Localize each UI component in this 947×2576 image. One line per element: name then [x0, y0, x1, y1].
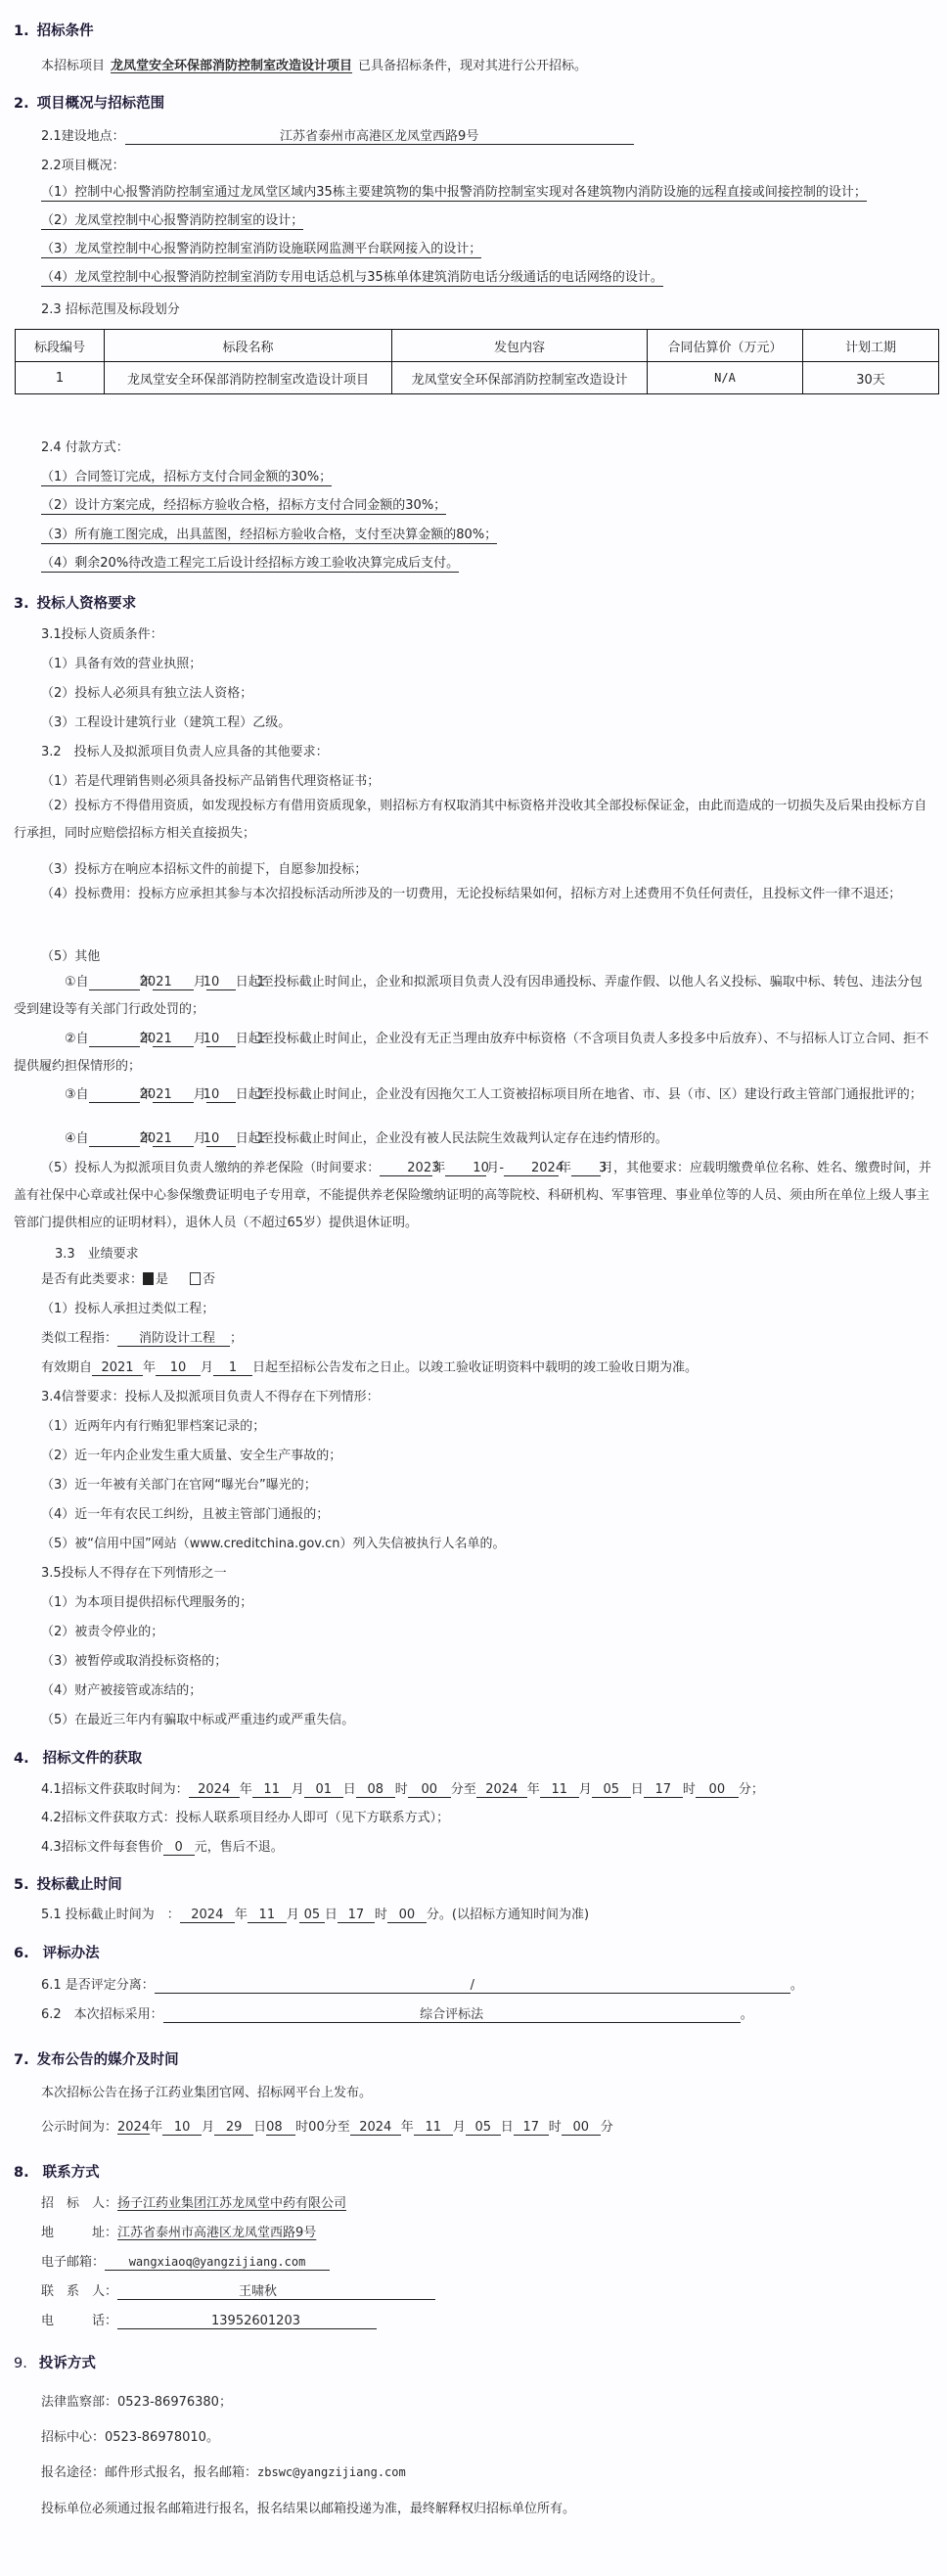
table-cell: 1: [16, 362, 105, 394]
publication-media: 本次招标公告在扬子江药业集团官网、招标网平台上发布。: [41, 2082, 372, 2100]
exclude-label: 3.5投标人不得存在下列情形之一: [41, 1562, 227, 1581]
credit-item: （5）被“信用中国”网站（www.creditchina.gov.cn）列入失信…: [41, 1533, 506, 1551]
section-2-heading: 2.项目概况与招标范围: [14, 92, 164, 113]
performance-item: （1）投标人承担过类似工程；: [41, 1298, 214, 1316]
table-header: 发包内容: [392, 330, 648, 362]
tender-center-phone: 招标中心：0523-86978010。: [41, 2426, 219, 2445]
section-8-heading: 8.联系方式: [14, 2161, 100, 2182]
contact-email: 电子邮箱：wangxiaoq@yangzijiang.com: [41, 2251, 330, 2271]
doc-price: 4.3招标文件每套售价0元，售后不退。: [41, 1836, 284, 1856]
contact-person: 联 系 人：王啸秋: [41, 2280, 435, 2300]
section-3-heading: 3.投标人资格要求: [14, 592, 136, 613]
evaluation-method: 6.2 本次招标采用：综合评标法。: [41, 2003, 753, 2023]
sub-item: ④自2021年10月1日起至投标截止时间止，企业没有被人民法院生效裁判认定存在违…: [14, 1126, 933, 1153]
credit-item: （2）近一年内企业发生重大质量、安全生产事故的；: [41, 1445, 341, 1463]
other-item: （2）投标方不得借用资质，如发现投标方有借用资质现象，则招标方有权取消其中标资格…: [14, 793, 933, 848]
scope-label: 2.3 招标范围及标段划分: [41, 299, 180, 317]
qualification-item: （2）投标人必须具有独立法人资格；: [41, 682, 252, 701]
doc-acquisition-method: 4.2招标文件获取方式：投标人联系项目经办人即可（见下方联系方式）；: [41, 1807, 449, 1825]
section-6-heading: 6.评标办法: [14, 1942, 100, 1962]
location-value: 江苏省泰州市高港区龙凤堂西路9号: [125, 129, 634, 145]
exclude-item: （2）被责令停业的；: [41, 1621, 163, 1639]
publication-time: 公示时间为：2024年10月29日08时00分至2024年11月05日17时00…: [41, 2116, 613, 2136]
project-name: 龙凤堂安全环保部消防控制室改造设计项目: [105, 59, 358, 73]
other-item: （5）其他: [41, 945, 100, 964]
valid-period: 有效期自2021年10月1日起至招标公告发布之日止。以竣工验收证明资料中载明的竣…: [41, 1357, 698, 1376]
overview-item: （4）龙凤堂控制中心报警消防控制室消防专用电话总机与35栋单体建筑消防电话分级通…: [41, 266, 663, 287]
credit-label: 3.4信誉要求：投标人及拟派项目负责人不得存在下列情形：: [41, 1386, 380, 1404]
section-4-heading: 4.招标文件的获取: [14, 1747, 142, 1768]
overview-label: 2.2项目概况：: [41, 155, 125, 173]
sub-item: ①自2021年10月1日起至投标截止时间止，企业和拟派项目负责人没有因串通投标、…: [14, 969, 933, 1024]
section-1-heading: 1.招标条件: [14, 20, 94, 40]
section-5-heading: 5.投标截止时间: [14, 1873, 122, 1894]
table-cell: 30天: [803, 362, 939, 394]
table-header: 标段名称: [105, 330, 392, 362]
qualification-item: （3）工程设计建筑行业（建筑工程）乙级。: [41, 712, 291, 730]
table-cell: 龙凤堂安全环保部消防控制室改造设计项目: [105, 362, 392, 394]
address: 地 址：江苏省泰州市高港区龙凤堂西路9号: [41, 2222, 316, 2240]
credit-item: （1）近两年内有行贿犯罪档案记录的；: [41, 1415, 265, 1434]
exclude-item: （1）为本项目提供招标代理服务的；: [41, 1591, 252, 1610]
sub-item: ③自2021年10月1日起至投标截止时间止，企业没有因拖欠工人工资被招标项目所在…: [14, 1081, 933, 1109]
payment-item: （3）所有施工图完成，出具蓝图，经招标方验收合格，支付至决算金额的80%；: [41, 524, 497, 544]
performance-question: 是否有此类要求：是否: [41, 1268, 215, 1287]
performance-label: 3.3 业绩要求: [55, 1243, 139, 1262]
bid-deadline: 5.1 投标截止时间为 ：2024年11月05日17时00分。(以招标方通知时间…: [41, 1904, 589, 1923]
payment-item: （2）设计方案完成，经招标方验收合格，招标方支付合同金额的30%；: [41, 494, 446, 515]
checkbox-yes-checked-icon[interactable]: [143, 1272, 154, 1285]
contact-email-link[interactable]: wangxiaoq@yangzijiang.com: [105, 2255, 330, 2271]
similar-project: 类似工程指：消防设计工程；: [41, 1327, 243, 1347]
payment-item: （4）剩余20%待改造工程完工后设计经招标方竣工验收决算完成后支付。: [41, 552, 459, 573]
table-header: 计划工期: [803, 330, 939, 362]
table-header: 标段编号: [16, 330, 105, 362]
table-row: 1 龙凤堂安全环保部消防控制室改造设计项目 龙凤堂安全环保部消防控制室改造设计 …: [16, 362, 939, 394]
overview-item: （3）龙凤堂控制中心报警消防控制室消防设施联网监测平台联网接入的设计；: [41, 238, 481, 258]
qualification-label: 3.1投标人资质条件：: [41, 623, 163, 642]
doc-acquisition-time: 4.1招标文件获取时间为：2024年11月01日08时00分至2024年11月0…: [41, 1778, 764, 1798]
signup-note: 投标单位必须通过报名邮箱进行报名，报名结果以邮箱投递为准，最终解释权归招标单位所…: [41, 2498, 575, 2516]
table-header: 合同估算价（万元）: [648, 330, 803, 362]
payment-item: （1）合同签订完成，招标方支付合同金额的30%；: [41, 466, 332, 486]
bid-section-table: 标段编号 标段名称 发包内容 合同估算价（万元） 计划工期 1 龙凤堂安全环保部…: [15, 329, 939, 394]
signup-method: 报名途径：邮件形式报名，报名邮箱：zbswc@yangzijiang.com: [41, 2461, 406, 2480]
pension-requirement: （5）投标人为拟派项目负责人缴纳的养老保险（时间要求：2023年10月-2024…: [14, 1155, 933, 1237]
exclude-item: （5）在最近三年内有骗取中标或严重违约或严重失信。: [41, 1709, 354, 1727]
evaluation-separation: 6.1 是否评定分离：/。: [41, 1974, 803, 1994]
other-item: （4）投标费用：投标方应承担其参与本次招投标活动所涉及的一切费用，无论投标结果如…: [14, 881, 933, 908]
table-cell: 龙凤堂安全环保部消防控制室改造设计: [392, 362, 648, 394]
tenderer: 招 标 人：扬子江药业集团江苏龙凤堂中药有限公司: [41, 2192, 346, 2211]
legal-dept-phone: 法律监察部：0523-86976380；: [41, 2391, 232, 2410]
table-cell: N/A: [648, 362, 803, 394]
signup-email-link[interactable]: zbswc@yangzijiang.com: [257, 2465, 406, 2479]
overview-item: （2）龙凤堂控制中心报警消防控制室的设计；: [41, 209, 303, 230]
section-7-heading: 7.发布公告的媒介及时间: [14, 2048, 179, 2069]
qualification-item: （1）具备有效的营业执照；: [41, 653, 202, 671]
table-header-row: 标段编号 标段名称 发包内容 合同估算价（万元） 计划工期: [16, 330, 939, 362]
checkbox-no-unchecked-icon[interactable]: [190, 1272, 201, 1285]
other-requirements-label: 3.2 投标人及拟派项目负责人应具备的其他要求：: [41, 741, 329, 759]
sub-item: ②自2021年10月1日起至投标截止时间止，企业没有无正当理由放弃中标资格（不含…: [14, 1026, 933, 1081]
other-item: （1）若是代理销售则必须具备投标产品销售代理资格证书；: [41, 770, 380, 789]
project-intro: 本招标项目龙凤堂安全环保部消防控制室改造设计项目已具备招标条件，现对其进行公开招…: [41, 55, 587, 73]
exclude-item: （4）财产被接管或冻结的；: [41, 1679, 202, 1698]
exclude-item: （3）被暂停或取消投标资格的；: [41, 1650, 227, 1669]
payment-label: 2.4 付款方式：: [41, 437, 129, 455]
other-item: （3）投标方在响应本招标文件的前提下，自愿参加投标；: [41, 858, 367, 877]
construction-location: 2.1建设地点：江苏省泰州市高港区龙凤堂西路9号: [41, 125, 634, 145]
credit-item: （3）近一年被有关部门在官网“曝光台”曝光的；: [41, 1474, 317, 1493]
overview-item: （1）控制中心报警消防控制室通过龙凤堂区域内35栋主要建筑物的集中报警消防控制室…: [41, 181, 867, 202]
credit-item: （4）近一年有农民工纠纷，且被主管部门通报的；: [41, 1503, 329, 1522]
section-9-heading: 9.投诉方式: [14, 2352, 96, 2372]
contact-phone: 电 话：13952601203: [41, 2310, 377, 2329]
